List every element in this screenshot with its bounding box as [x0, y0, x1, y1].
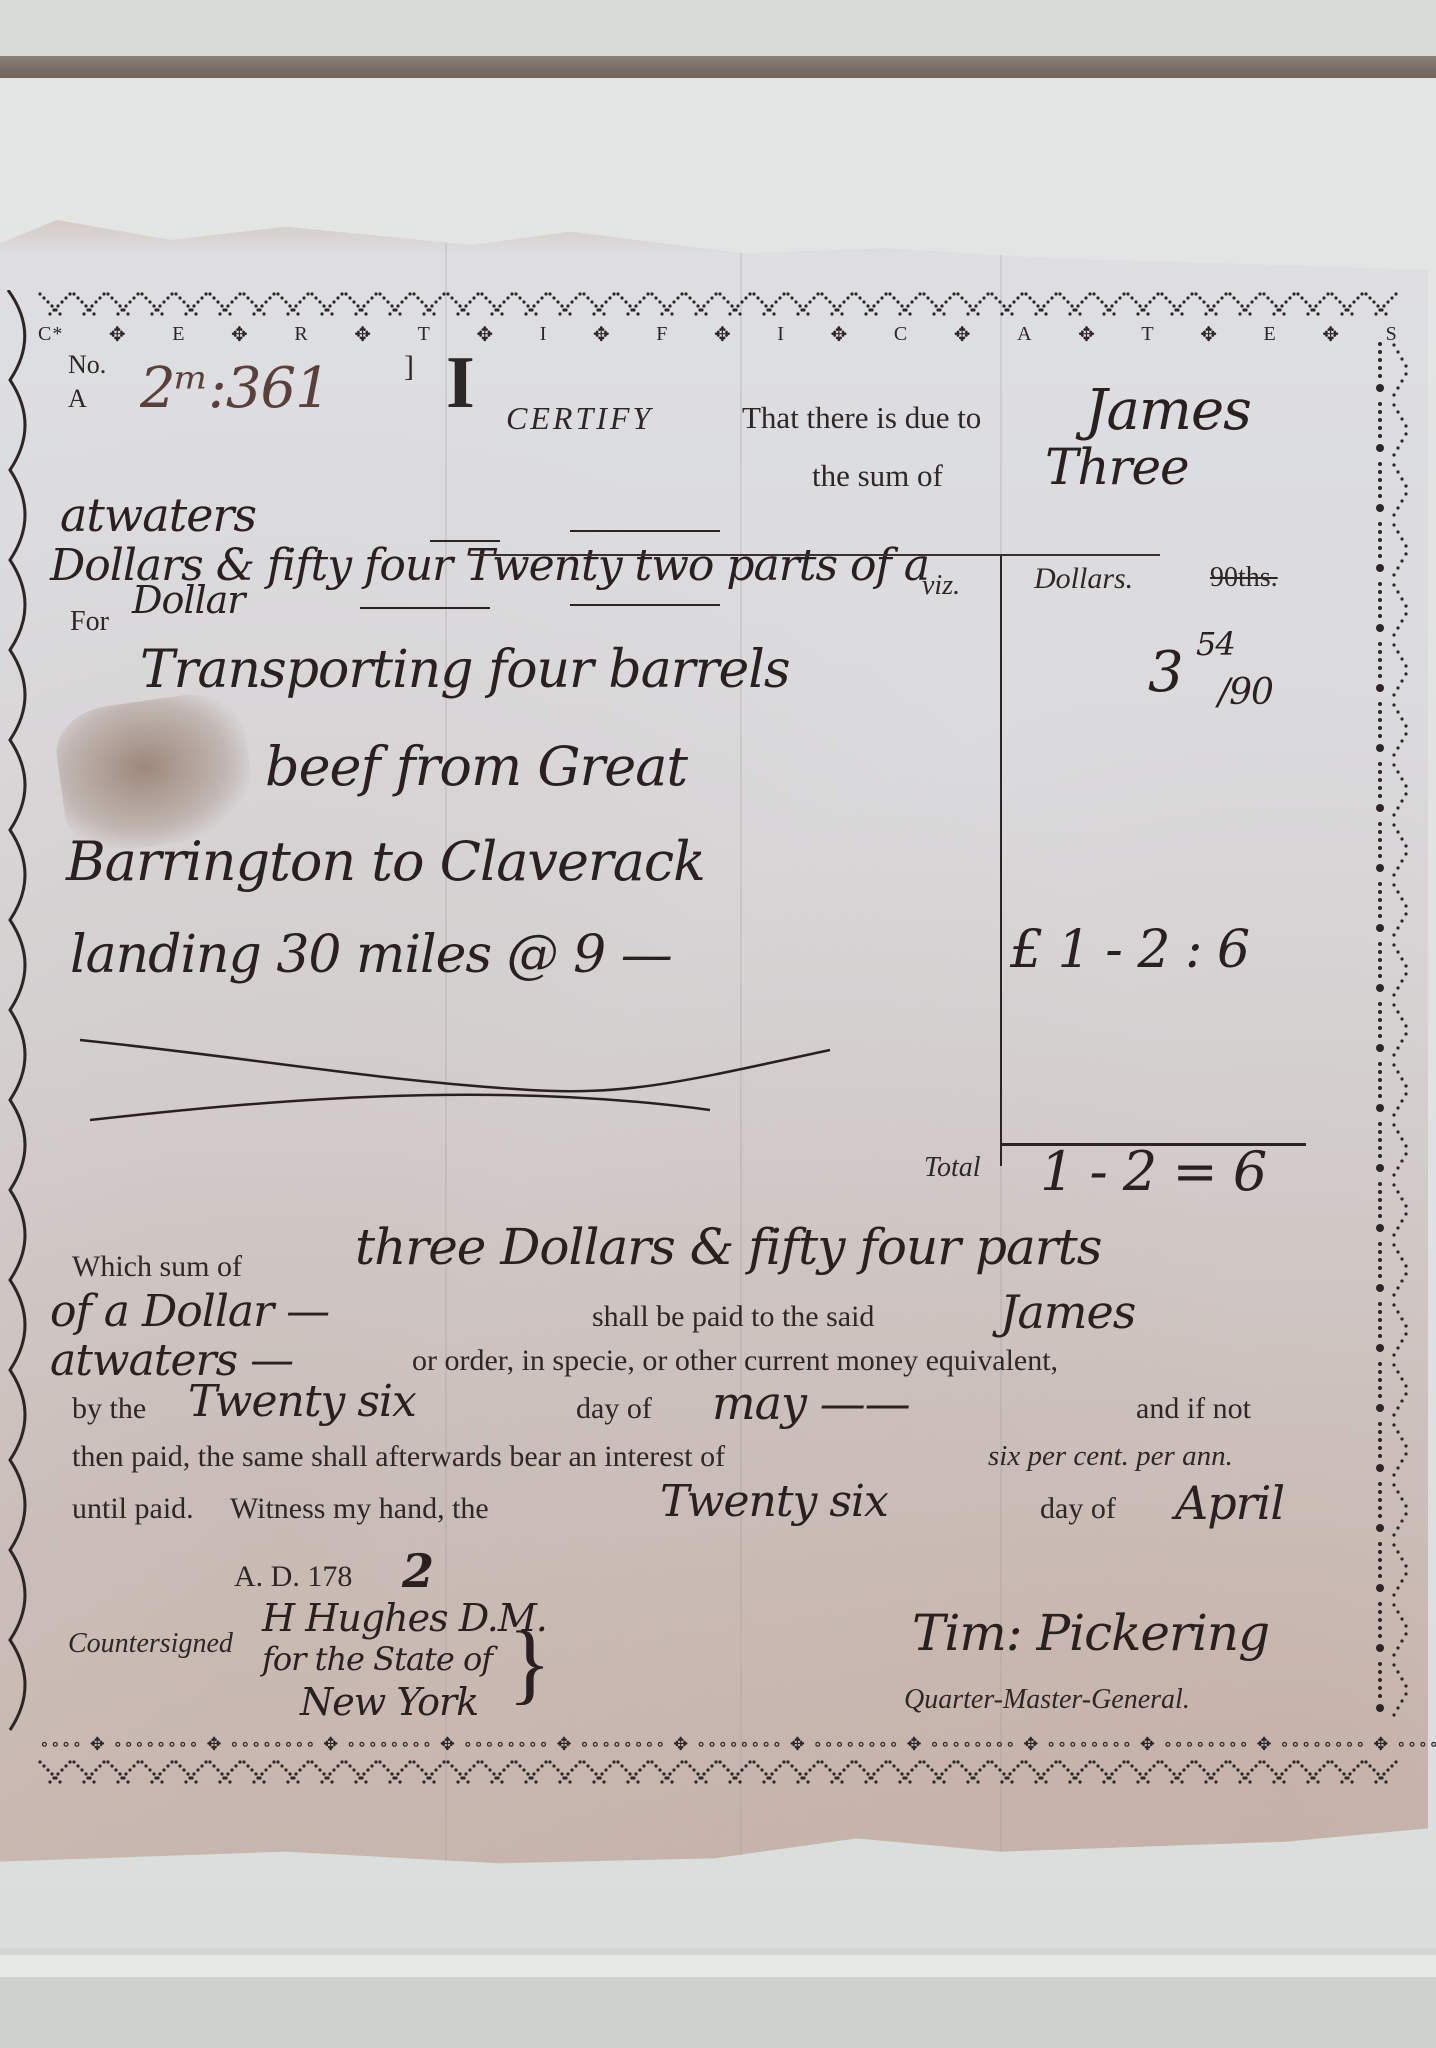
due-month: may ——	[712, 1376, 910, 1430]
description-line: Barrington to Claverack	[66, 830, 705, 893]
frame-rail	[0, 56, 1436, 78]
pound-amount: £ 1 - 2 : 6	[1010, 920, 1249, 980]
sum-label: the sum of	[812, 458, 943, 494]
top-ornament-border	[38, 292, 1398, 318]
countersigner-line3: New York	[300, 1680, 478, 1724]
total-label: Total	[924, 1152, 981, 1184]
column-divider	[1000, 556, 1002, 1166]
year-label: A. D. 178	[234, 1560, 352, 1594]
title-letter: C	[894, 323, 908, 346]
strike-line	[470, 554, 1160, 556]
drop-cap: I	[446, 346, 475, 420]
mat-bevel	[0, 1955, 1436, 1977]
flower-ornament-icon: ✥	[1322, 322, 1340, 347]
flower-ornament-icon: ✥	[476, 322, 494, 347]
bracket-mark: ]	[404, 350, 414, 384]
total-value: 1 - 2 = 6	[1040, 1140, 1266, 1203]
title-letter: I	[540, 323, 548, 346]
payee-first-name: James	[1085, 378, 1251, 443]
title-letter: A	[1017, 323, 1032, 346]
flower-ornament-icon: ✥	[231, 322, 249, 347]
fill-line	[360, 607, 490, 609]
until-paid: until paid.	[72, 1492, 194, 1526]
title-letter: F	[656, 323, 668, 346]
witness-month: April	[1175, 1476, 1284, 1530]
flourish-line	[70, 1020, 850, 1130]
flower-ornament-icon: ✥	[593, 322, 611, 347]
title-letter: C*	[38, 323, 63, 346]
flower-ornament-icon: ✥	[714, 322, 732, 347]
bottom-ornament-border	[38, 1760, 1398, 1786]
signer-signature: Tim: Pickering	[912, 1604, 1269, 1662]
title-letter: R	[294, 323, 308, 346]
due-day: Twenty six	[188, 1376, 416, 1427]
bottom-chain-border: ∘∘∘∘ ✥ ∘∘∘∘∘∘∘∘ ✥ ∘∘∘∘∘∘∘∘ ✥ ∘∘∘∘∘∘∘∘ ✥ …	[40, 1734, 1436, 1755]
number-label-top: No.	[68, 350, 106, 380]
countersigned-label: Countersigned	[68, 1628, 233, 1660]
countersigner-line2: for the State of	[262, 1640, 492, 1678]
flower-ornament-icon: ✥	[1078, 322, 1096, 347]
brace-mark: }	[508, 1612, 551, 1715]
paid-to-label: shall be paid to the said	[592, 1300, 874, 1334]
flower-ornament-icon: ✥	[831, 322, 849, 347]
mat-bottom	[0, 1977, 1436, 2048]
interest-text: then paid, the same shall afterwards bea…	[72, 1440, 725, 1474]
payee-last-name: atwaters	[60, 488, 256, 542]
certificates-title-row: C* ✥ E ✥ R ✥ T ✥ I ✥ F ✥ I ✥ C ✥ A ✥ T ✥…	[38, 322, 1398, 346]
which-sum-value: three Dollars & fifty four parts	[355, 1218, 1101, 1276]
paid-to-first: James	[1000, 1285, 1135, 1339]
certificate-number: 2ᵐ:361	[140, 356, 330, 421]
year-digit: 2	[402, 1544, 433, 1598]
right-ornament-border	[1372, 340, 1412, 1720]
dollar-amount-denominator: /90	[1218, 672, 1273, 713]
title-letter: T	[1141, 323, 1154, 346]
flower-ornament-icon: ✥	[109, 322, 127, 347]
order-text: or order, in specie, or other current mo…	[412, 1344, 1058, 1378]
due-text: That there is due to	[742, 400, 981, 436]
amount-words-dollar: Dollar	[132, 578, 244, 622]
witness-day: Twenty six	[660, 1476, 888, 1527]
flower-ornament-icon: ✥	[954, 322, 972, 347]
which-sum-label: Which sum of	[72, 1250, 242, 1284]
description-line: beef from Great	[265, 735, 687, 798]
ninetieths-header-struck: 90ths.	[1210, 562, 1278, 594]
description-line: Transporting four barrels	[140, 640, 790, 700]
witness-day-of: day of	[1040, 1492, 1116, 1526]
interest-rate: six per cent. per ann.	[988, 1440, 1233, 1473]
fill-line	[570, 530, 720, 532]
description-line: landing 30 miles @ 9 —	[70, 925, 672, 985]
fill-line	[570, 604, 720, 606]
countersigner-line1: H Hughes D.M.	[262, 1596, 547, 1640]
for-label: For	[70, 606, 109, 638]
witness-text: Witness my hand, the	[230, 1492, 489, 1526]
title-letter: E	[1264, 323, 1277, 346]
dollar-amount-numerator: 54	[1196, 625, 1235, 663]
mat-top	[0, 0, 1436, 56]
sum-first-word: Three	[1045, 438, 1189, 496]
flower-ornament-icon: ✥	[354, 322, 372, 347]
title-letter: T	[418, 323, 431, 346]
by-the-label: by the	[72, 1392, 146, 1426]
flower-ornament-icon: ✥	[1200, 322, 1218, 347]
title-letter: E	[172, 323, 185, 346]
dollars-header: Dollars.	[1034, 562, 1133, 596]
certify-word: CERTIFY	[506, 400, 653, 437]
viz-label: viz.	[922, 570, 960, 602]
signer-title: Quarter-Master-General.	[904, 1684, 1190, 1716]
day-of-label: day of	[576, 1392, 652, 1426]
dollar-amount-whole: 3	[1148, 640, 1183, 705]
of-a-dollar: of a Dollar —	[50, 1286, 329, 1337]
number-label-bottom: A	[68, 384, 87, 414]
left-vine-border	[0, 290, 40, 1760]
title-letter: I	[777, 323, 785, 346]
and-if-not: and if not	[1136, 1392, 1251, 1426]
